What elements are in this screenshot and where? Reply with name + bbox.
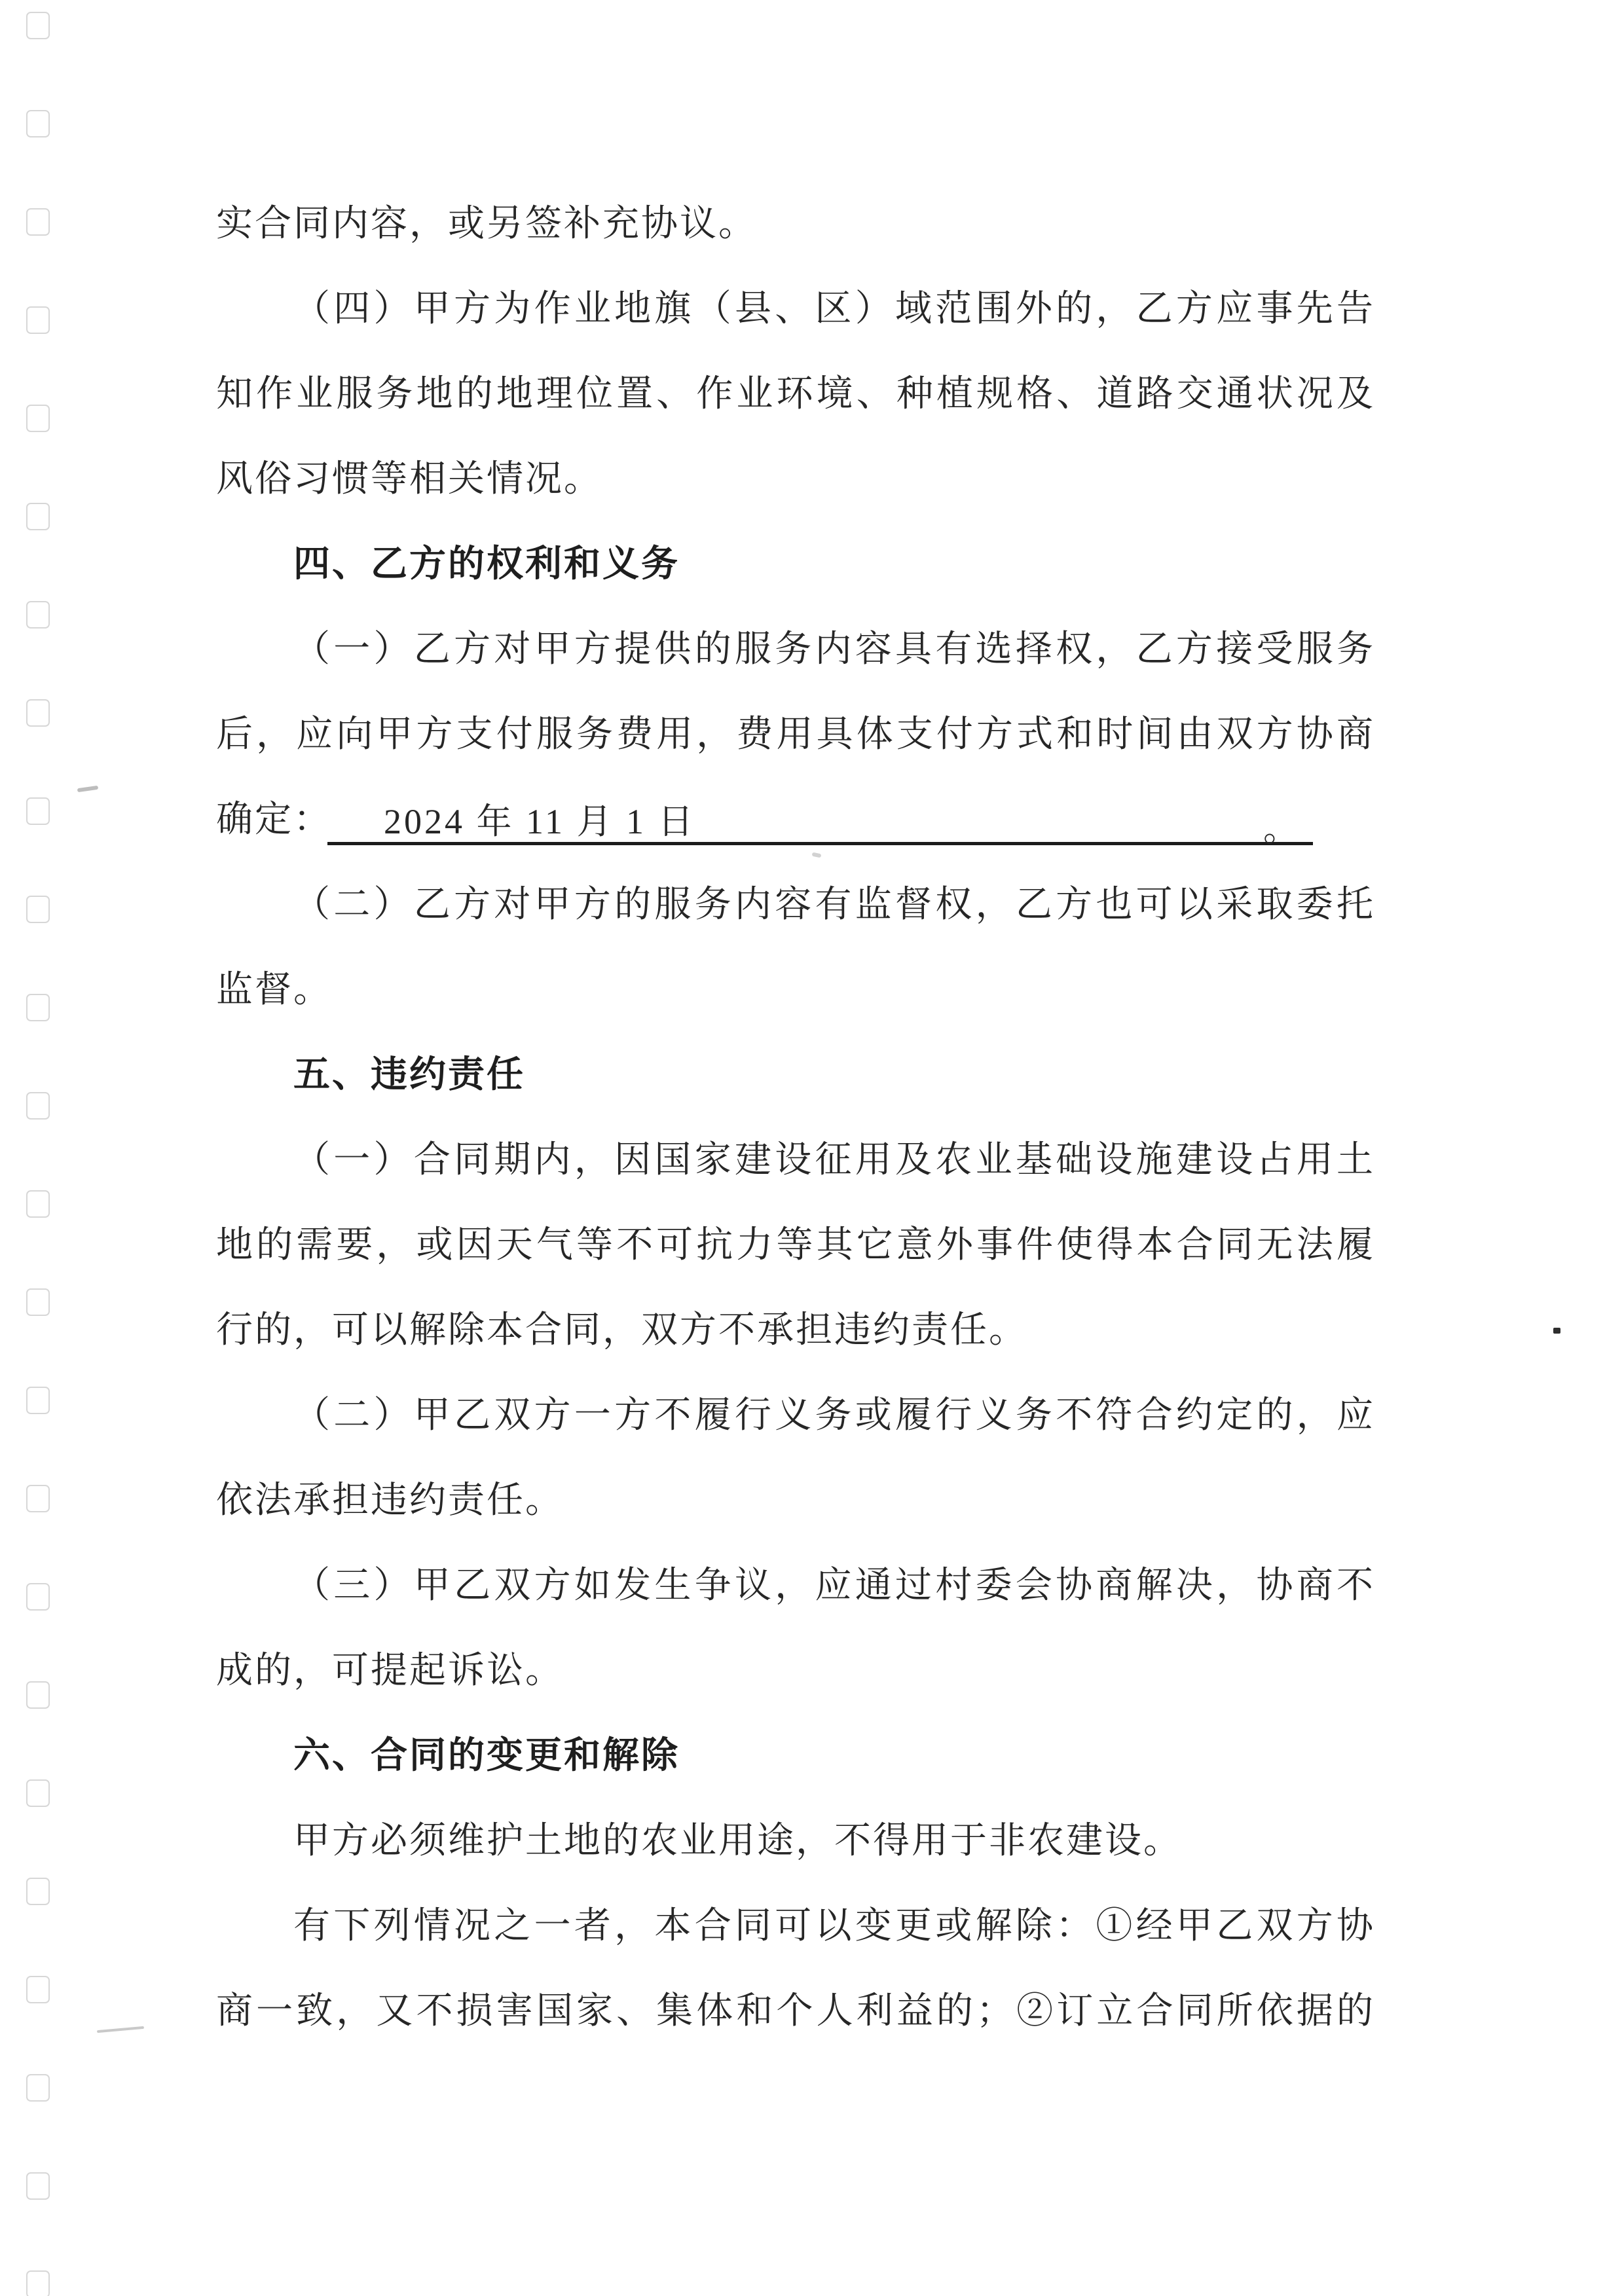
binding-hole <box>26 1779 50 1807</box>
text-line: 知作业服务地的地理位置、作业环境、种植规格、道路交通状况及 <box>216 352 1375 437</box>
binding-hole <box>26 1288 50 1316</box>
binding-hole <box>26 1878 50 1905</box>
text-line: 有下列情况之一者，本合同可以变更或解除：①经甲乙双方协 <box>216 1884 1375 1969</box>
fill-in-date-value: 2024 年 11 月 1 日 <box>384 804 696 839</box>
binding-hole <box>26 896 50 923</box>
binding-hole <box>26 306 50 334</box>
text-line: 风俗习惯等相关情况。 <box>216 437 1375 522</box>
binding-hole <box>26 208 50 236</box>
binding-hole <box>26 994 50 1021</box>
pencil-dash <box>77 786 99 792</box>
binding-hole <box>26 1485 50 1512</box>
text-line: 地的需要，或因天气等不可抗力等其它意外事件使得本合同无法履 <box>216 1203 1375 1288</box>
binding-hole <box>26 12 50 39</box>
binding-hole <box>26 1387 50 1414</box>
section-heading: 六、合同的变更和解除 <box>216 1713 1375 1798</box>
text-line: （二）乙方对甲方的服务内容有监督权，乙方也可以采取委托 <box>216 862 1375 947</box>
binding-hole <box>26 797 50 825</box>
binding-hole <box>26 503 50 530</box>
binding-hole <box>26 2172 50 2200</box>
binding-hole <box>26 1976 50 2003</box>
scratch-mark <box>97 2026 144 2033</box>
binding-hole <box>26 405 50 432</box>
binding-hole <box>26 2074 50 2102</box>
scanned-contract-page: 实合同内容，或另签补充协议。（四）甲方为作业地旗（县、区）域范围外的，乙方应事先… <box>0 0 1624 2296</box>
binding-hole <box>26 699 50 727</box>
fill-in-line: 确定：2024 年 11 月 1 日。 <box>216 777 1375 862</box>
fill-in-label: 确定： <box>216 799 332 840</box>
text-line: 依法承担违约责任。 <box>216 1458 1375 1543</box>
binding-hole <box>26 1092 50 1120</box>
text-line: （三）甲乙双方如发生争议，应通过村委会协商解决，协商不 <box>216 1543 1375 1628</box>
text-line: （二）甲乙双方一方不履行义务或履行义务不符合约定的，应 <box>216 1373 1375 1458</box>
binding-hole <box>26 2270 50 2296</box>
ideographic-period: 。 <box>1263 820 1299 839</box>
text-line: （一）合同期内，因国家建设征用及农业基础设施建设占用土 <box>216 1118 1375 1203</box>
text-line: 实合同内容，或另签补充协议。 <box>216 181 1375 266</box>
section-heading: 四、乙方的权利和义务 <box>216 522 1375 607</box>
text-line: 行的，可以解除本合同，双方不承担违约责任。 <box>216 1288 1375 1373</box>
text-line: 商一致，又不损害国家、集体和个人利益的；②订立合同所依据的 <box>216 1969 1375 2054</box>
binding-hole <box>26 1583 50 1611</box>
binding-holes <box>0 0 79 2296</box>
text-line: 甲方必须维护土地的农业用途，不得用于非农建设。 <box>216 1798 1375 1884</box>
binding-hole <box>26 1681 50 1709</box>
binding-hole <box>26 601 50 629</box>
fill-in-underline: 2024 年 11 月 1 日。 <box>327 804 1313 845</box>
text-line: （一）乙方对甲方提供的服务内容具有选择权，乙方接受服务 <box>216 607 1375 692</box>
document-body: 实合同内容，或另签补充协议。（四）甲方为作业地旗（县、区）域范围外的，乙方应事先… <box>216 181 1375 2054</box>
text-line: 后，应向甲方支付服务费用，费用具体支付方式和时间由双方协商 <box>216 692 1375 777</box>
text-line: 成的，可提起诉讼。 <box>216 1628 1375 1713</box>
section-heading: 五、违约责任 <box>216 1032 1375 1118</box>
binding-hole <box>26 110 50 137</box>
ink-speck <box>1553 1328 1560 1334</box>
text-line: 监督。 <box>216 947 1375 1032</box>
text-line: （四）甲方为作业地旗（县、区）域范围外的，乙方应事先告 <box>216 266 1375 352</box>
binding-hole <box>26 1190 50 1218</box>
